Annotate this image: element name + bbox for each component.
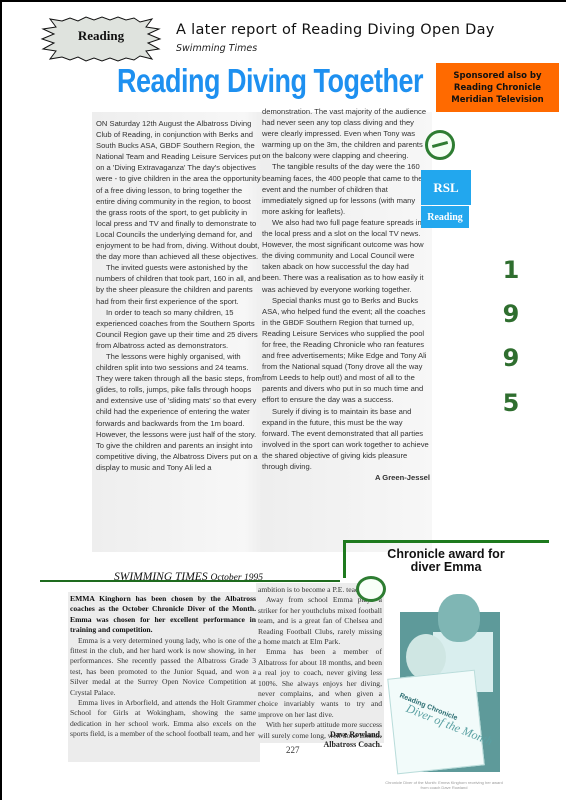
year-digit: 1 (496, 256, 526, 284)
article-paragraph: Special thanks must go to Berks and Buck… (262, 295, 430, 406)
year-digit: 5 (496, 389, 526, 417)
article-signature: A Green-Jessel (262, 472, 430, 483)
emma-paragraph: Emma has been a member of Albatross for … (258, 647, 382, 720)
sponsor-line: Reading Chronicle (454, 82, 541, 94)
page-number: 227 (286, 745, 300, 755)
badge-label: Reading (40, 28, 162, 44)
page-title: A later report of Reading Diving Open Da… (176, 22, 495, 38)
year-digit: 9 (496, 300, 526, 328)
article-paragraph: In order to teach so many children, 15 e… (96, 307, 262, 351)
photo-coach-face (438, 594, 480, 642)
article-headline: Reading Diving Together (117, 62, 423, 101)
sponsor-line: Meridian Television (451, 94, 544, 106)
rsl-logo: RSL (421, 170, 471, 205)
award-title: Chronicle award for diver Emma (346, 548, 546, 574)
sponsor-box: Sponsored also by Reading Chronicle Meri… (436, 63, 559, 112)
article-paragraph: demonstration. The vast majority of the … (262, 106, 430, 161)
article-paragraph: The tangible results of the day were the… (262, 161, 430, 216)
albatross-club-logo-icon (356, 576, 386, 602)
coach-name: Dave Rowland, (312, 730, 382, 740)
emma-paragraph: Away from school Emma plays a striker fo… (258, 595, 382, 647)
emma-article-column-2: ambition is to become a P.E. teacher. Aw… (256, 583, 384, 743)
article-paragraph: The invited guests were astonished by th… (96, 262, 262, 306)
article-paragraph: Surely if diving is to maintain its base… (262, 406, 430, 473)
reading-council-logo: Reading (421, 206, 469, 228)
emma-paragraph: Emma lives in Arborfield, and attends th… (70, 698, 256, 740)
article-column-2: demonstration. The vast majority of the … (262, 106, 430, 483)
green-divider (40, 580, 340, 582)
page-subtitle: Swimming Times (176, 43, 257, 54)
award-title-line: diver Emma (346, 561, 546, 574)
article-paragraph: The lessons were highly organised, with … (96, 351, 262, 473)
article-paragraph: We also had two full page feature spread… (262, 217, 430, 295)
article-column-1: ON Saturday 12th August the Albatross Di… (96, 118, 262, 473)
photo-award-certificate: Reading Chronicle Diver of the Month (387, 670, 485, 775)
coach-signature: Dave Rowland, Albatross Coach. (312, 730, 382, 750)
coach-role: Albatross Coach. (312, 740, 382, 750)
emma-paragraph: Emma is a very determined young lady, wh… (70, 636, 256, 698)
reading-badge: Reading (40, 16, 162, 62)
year-digit: 9 (496, 344, 526, 372)
article-paragraph: ON Saturday 12th August the Albatross Di… (96, 118, 262, 262)
albatross-club-logo-icon (425, 130, 455, 160)
article-scan: ON Saturday 12th August the Albatross Di… (92, 112, 432, 552)
sponsor-line: Sponsored also by (453, 70, 541, 82)
emma-article-lead: EMMA Kinghorn has been chosen by the Alb… (70, 594, 256, 634)
award-photo: Reading Chronicle Diver of the Month (388, 594, 500, 780)
photo-caption: Chronicle Diver of the Month: Emma Kingh… (384, 780, 504, 790)
emma-article-column-1: EMMA Kinghorn has been chosen by the Alb… (70, 594, 256, 740)
